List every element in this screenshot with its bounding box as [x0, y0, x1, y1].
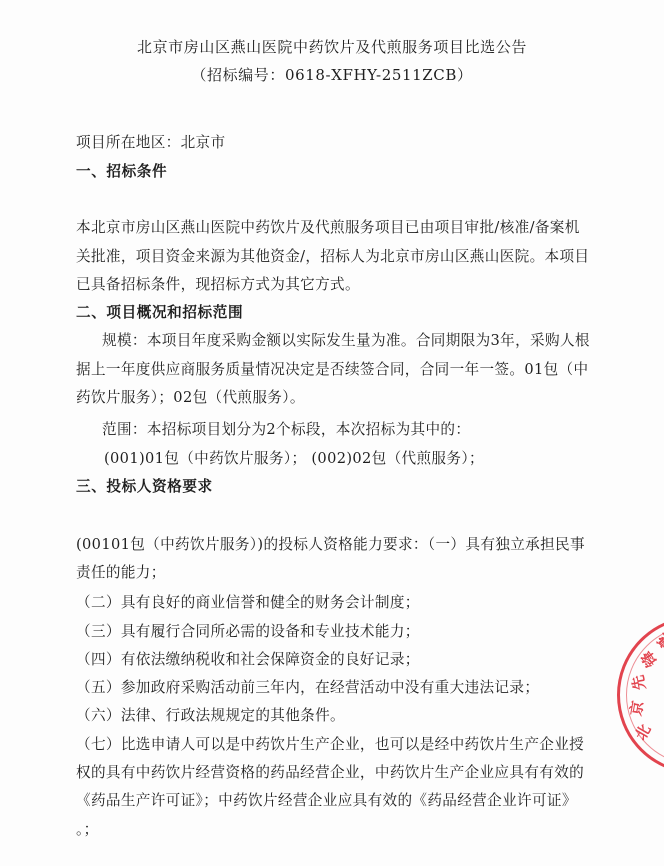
seal-char: 京: [629, 700, 646, 717]
company-seal-stamp: 北 京 先 锋 豪: [617, 616, 664, 774]
qualification-item: （六）法律、行政法规规定的其他条件。: [76, 706, 345, 726]
qualification-intro-line: (00101包（中药饮片服务）)的投标人资格能力要求：（一）具有独立承担民事: [76, 535, 585, 555]
qualification-item: （二）具有良好的商业信誉和健全的财务会计制度；: [76, 593, 420, 613]
document-page: 北京市房山区燕山医院中药饮片及代煎服务项目比选公告 （招标编号：0618-XFH…: [0, 0, 664, 866]
section-heading-tender-conditions: 一、招标条件: [76, 162, 167, 182]
qualification-item-7-line: 权的具有中药饮片经营资格的药品经营企业，中药饮片生产企业应具有有效的: [76, 763, 584, 783]
paragraph-line: 本北京市房山区燕山医院中药饮片及代煎服务项目已由项目审批/核准/备案机: [76, 218, 580, 238]
scale-line: 药饮片服务）；02包（代煎服务）。: [76, 388, 305, 408]
qualification-item: （三）具有履行合同所必需的设备和专业技术能力；: [76, 622, 420, 642]
scope-line: 范围：本招标项目划分为2个标段，本次招标为其中的：: [102, 420, 470, 440]
seal-char: 先: [631, 674, 648, 691]
section-heading-bidder-qualifications: 三、投标人资格要求: [76, 477, 213, 497]
paragraph-line: 已具备招标条件，现招标方式为其它方式。: [76, 275, 360, 295]
qualification-intro-line: 责任的能力；: [76, 563, 166, 583]
qualification-item: （四）有依法缴纳税收和社会保障资金的良好记录；: [76, 650, 420, 670]
qualification-item: （五）参加政府采购活动前三年内，在经营活动中没有重大违法记录；: [76, 678, 539, 698]
scale-line: 规模：本项目年度采购金额以实际发生量为准。合同期限为3年，采购人根: [102, 331, 590, 351]
qualification-item-7-line: 《药品生产许可证》；中药饮片经营企业应具有效的《药品经营企业许可证》: [76, 791, 577, 811]
document-title: 北京市房山区燕山医院中药饮片及代煎服务项目比选公告: [0, 37, 664, 57]
project-location: 项目所在地区：北京市: [76, 133, 225, 153]
qualification-item-7-line: 。；: [76, 820, 99, 840]
scale-line: 据上一年度供应商服务质量情况决定是否续签合同，合同一年一签。01包（中: [76, 360, 588, 380]
packages-line: (001)01包（中药饮片服务）； (002)02包（代煎服务）；: [104, 449, 484, 469]
qualification-item-7-line: （七）比选申请人可以是中药饮片生产企业，也可以是经中药饮片生产企业授: [76, 735, 584, 755]
section-heading-project-overview: 二、项目概况和招标范围: [76, 303, 243, 323]
paragraph-line: 关批准，项目资金来源为其他资金/，招标人为北京市房山区燕山医院。本项目: [76, 247, 589, 267]
tender-number: （招标编号：0618-XFHY-2511ZCB）: [0, 65, 664, 85]
